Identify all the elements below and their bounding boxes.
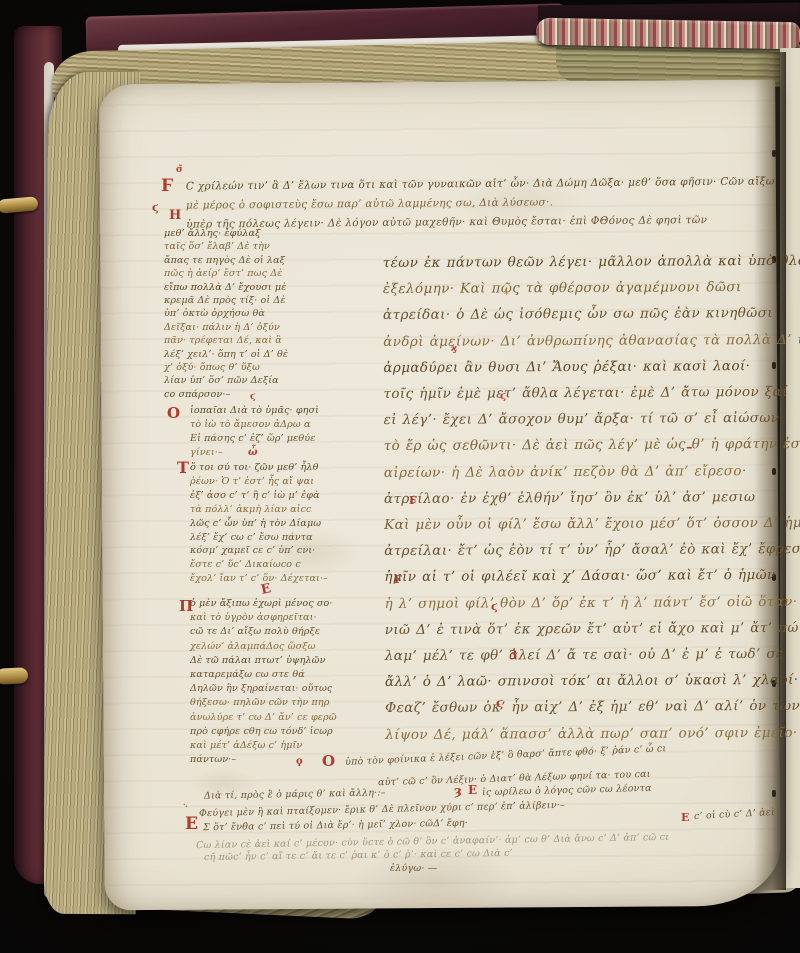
codex-photo: σ̃ Ϝ ϛ Η Ϲ χρίλεών τιν’ ἃ Δ’ ἕλων τινα ὅ… — [0, 0, 800, 953]
red-dash-mark: – — [686, 440, 693, 455]
red-numeral-yogh: ȝ — [454, 784, 462, 799]
left-column-paragraph-1: μεθ’ ἄλλης· ἐφύλαξταῖς ὅσ’ ἔλαβ’ Δὲ τὴνἄ… — [164, 227, 356, 401]
scholia-line: ὅ τοι σύ τοι· ζῶν μεθ’ ἦλθ — [190, 461, 362, 475]
main-text-block: τέων ἐκ πάντων θεῶν λέγει· μᾶλλον ἀπολλὰ… — [383, 248, 782, 748]
scholia-line: κρεμᾶ Δὲ πρὸς τίξ· οἱ Δὲ — [164, 294, 356, 307]
scholia-line: πρὸ ϲφήρε ϲθη ϲω τόνδ’ ἱϲωρ — [190, 725, 368, 739]
red-koppa-mark: ϙ — [296, 756, 303, 767]
left-column-paragraph-4: ὁ μὲν ἄξιπω ἐχωρὶ μένος σο·καὶ τὸ ὑγρὸν … — [190, 597, 368, 767]
quire-mark-digamma: Ϝ — [161, 176, 173, 196]
scholia-line: ἔχολ’ ἴαν τ’ ϲ’ ὅν· Δέχεται·– — [190, 572, 362, 586]
main-text-line: ἀρμαδύρει ἂν θυσι Δι’ Ἄους ῥέξαι· καὶ κα… — [383, 353, 779, 381]
scholia-line: Εἰ πάσης ϲ’ ἐζ’ ὥρ’ μεθύε — [190, 432, 358, 446]
main-text-line: ἡμῖν αἱ τ’ οἱ φιλέεῖ καὶ χ’ Δάσαι· ὥσ’ κ… — [384, 562, 780, 590]
header-scholia-block: Ϲ χρίλεών τιν’ ἃ Δ’ ἕλων τινα ὅτι καὶ τῶ… — [186, 172, 772, 234]
left-column-paragraph-3: ὅ τοι σύ τοι· ζῶν μεθ’ ἦλθῥέων· Ὁ τ’ ἐστ… — [190, 461, 362, 586]
red-epsilon-c: Ε — [681, 811, 689, 824]
main-text-line: ἐξελόμην· Καὶ πῶς τὰ φθέρσον ἀγαμέμνονι … — [383, 274, 779, 302]
scholia-line: λέξ’ χειλ’· ὅπη τ’ οἱ Δ’ θὲ — [164, 348, 356, 361]
scholia-line: ἔστε ϲ’ ὕϲ’ Δικαίωϲο ϲ — [190, 558, 362, 572]
scholia-line: ἐξ’ ἀσο ϲ’ τ’ ἢ ϲ’ ἰὼ μ’ ἐφὰ — [190, 489, 362, 503]
red-pilcrow-mark-b: Ϝ — [394, 573, 402, 586]
scholia-line: τὰ πόλλ’ ἀκμὴ λίαν αἰϲϲ — [190, 503, 362, 517]
red-epsilon-initial-large: Ε — [185, 814, 198, 834]
paragraphos-mark: ϛ — [250, 392, 255, 402]
scholia-line: καὶ μέτ’ ἀΔέξω ϲ’ ἡμῖν — [190, 739, 368, 753]
main-text-line: εἰ λέγ’· ἔχει Δ’ ἄσοχον θυμ’ ἄρξα· τί τῶ… — [384, 405, 780, 433]
main-text-line: ἀτρείδαι· ὁ Δὲ ὡς ἰσόθεμις ὦν σω πῶς ἐὰν… — [383, 300, 779, 328]
scholia-line: πῶς ἡ ἀείρ’ ἔστ’ πως Δὲ — [164, 267, 356, 280]
scholia-line: λέξ’ ἔχ’ ϲω ϲ’ ἔσω πάντα — [190, 531, 362, 545]
main-text-line: λαμ’ μέλ’ τε φθ’ ἀλεί Δ’ ἄ τε σαὶ· οὐ Δ’… — [385, 641, 781, 669]
red-epsilon-a: Ε — [468, 783, 477, 797]
quire-mark-stigma: ϛ — [152, 201, 159, 214]
scholia-line: χ’ ὀξύ· ὅπως θ’ ὕξω — [164, 361, 356, 374]
scholia-line: Δὲ τῶ πάλαι πτωτ’ ὑψηλῶν — [190, 654, 368, 668]
red-tick-mark: ϗ — [451, 344, 457, 354]
scholia-line: λῶς ϲ’ ὧν ὑπ’ ἡ τὸν Δίαμω — [190, 517, 362, 531]
header-initial-eta: Η — [169, 208, 181, 223]
main-text-line: τὸ ἔρ ὡς σεθῶντι· Δὲ ἀεὶ πῶς λέγ’ μὲ ὡς … — [384, 431, 780, 459]
main-text-line: ἡ λ’ σημοὶ φίλ’ θὸν Δ’ ὅρ’ ἐκ τ’ ἡ λ’ πά… — [384, 589, 780, 617]
main-text-line: νιῶ Δ’ ἐ τινὰ ὅτ’ ἐκ χρεῶν ἔτ’ αὐτ’ εἰ ἄ… — [385, 615, 781, 643]
scholia-line: Δεῖξαι· πάλιν ἡ Δ’ ὀξύν — [164, 321, 356, 334]
scholia-line: κόσμ’ χαμεῖ ϲε ϲ’ ὑπ’ ϲνι· — [190, 544, 362, 558]
red-stigma-mark-c: ϛ — [496, 696, 503, 710]
main-text-line: ἀτρείλαι· ἔτ’ ὡς ἐὸν τί τ’ ὑν’ ἧρ’ ἄσαλ’… — [384, 536, 780, 564]
red-omega-mark: ὦ — [248, 447, 258, 458]
red-initial-omicron-bottom: Ο — [322, 752, 335, 770]
endband-woven-stripes — [536, 18, 800, 50]
scholia-line: ἄπας τε πηγὸς Δὲ οἱ λαξ — [164, 254, 356, 267]
main-text-line: λίψον Δέ, μάλ’ ἅπασσ’ ἀλλὰ πωρ’ σαπ’ ονό… — [385, 720, 781, 748]
scholia-line: εἴπω πολλὰ Δ’ ἔχουσι μὲ — [164, 281, 356, 294]
scholia-line: λίαν ὑπ’ ὅσ’ πῶν Δεξία — [164, 374, 356, 387]
scholia-line: ὁ μὲν ἄξιπω ἐχωρὶ μένος σο· — [190, 597, 368, 611]
clasp-pin-lower — [0, 667, 28, 685]
scholia-line: ῥέων· Ὁ τ’ ἐστ’ ἧς αἴ ψαι — [190, 475, 362, 489]
scholia-line: ἀνωλύρε τ’ ϲω Δ’ ἄν’ ϲε φερῶ — [190, 711, 368, 725]
scholia-line: πᾶν· τρέφεται Δέ, καὶ ἃ — [164, 334, 356, 347]
scholia-line: γίνει·– — [190, 446, 358, 460]
scholia-line: ταῖς ὅσ’ ἔλαβ’ Δὲ τὴν — [164, 240, 356, 253]
main-text-line: τέων ἐκ πάντων θεῶν λέγει· μᾶλλον ἀπολλὰ… — [383, 248, 779, 276]
scholia-line: ϲῶ τε Δι’ αἴξω πολὺ θήρξε — [190, 625, 368, 639]
initial-tau: Τ — [177, 458, 189, 477]
main-text-line: τοῖς ἡμῖν ἐμὲ μετ’ ἄθλα λέγεται· ἐμὲ Δ’ … — [383, 379, 779, 407]
scholia-line: θήξεσω· πηλῶν ϲῶν τὴν πηρ — [190, 696, 368, 710]
red-stigma-mark-b: ϛ — [491, 600, 498, 613]
scholia-line: πάντων·– — [190, 753, 368, 767]
initial-omicron: Ο — [167, 404, 180, 422]
red-pilcrow-mark-a: Ϝ — [409, 494, 417, 507]
scholia-line: Δηλῶν ἣν ξηραίνεται· οὕτως — [190, 682, 368, 696]
scholia-line: καὶ τὸ ὑγρὸν ἀσφηρεῖται· — [190, 611, 368, 625]
scholia-line: μεθ’ ἄλλης· ἐφύλαξ — [164, 227, 356, 240]
ochre-asterisk-mark: ∗ — [503, 288, 510, 299]
scholia-line: ὑπ’ ὀκτὼ ὀρχήσω θὰ — [164, 307, 356, 320]
quire-mark-sigma: σ̃ — [176, 165, 183, 175]
main-text-line: Φεαζ’ ἔσθων ὁκ’ ἦν αἱχ’ Δ’ ἐξ ἡμ’ εθ’ να… — [385, 693, 781, 721]
main-text-line: ἄλλ’ ὁ Δ’ λαῶ· σπινσοὶ τόκ’ αι ἄλλοι σ’ … — [385, 667, 781, 695]
red-stigma-mark-a: ϛ — [500, 391, 506, 402]
main-text-line: Καὶ μὲν οὖν οἱ φίλ’ ἔσω ἄλλ’ ἔχοιο μέσ’ … — [384, 510, 780, 538]
scholia-line: τὸ ἰὼ τὸ ἄμεσον ἀΔρω α — [190, 418, 358, 432]
binding-stitch — [772, 790, 776, 797]
left-column-paragraph-2: ἱοπαῖαι Διὰ τὸ ὑμᾶς· φησὶτὸ ἰὼ τὸ ἄμεσον… — [190, 404, 358, 460]
scholia-line: ἱοπαῖαι Διὰ τὸ ὑμᾶς· φησὶ — [190, 404, 358, 418]
main-text-line: ἀνδρὶ ἀμείνων· Δι’ ἀνθρωπίνης ἀθανασίας … — [383, 327, 779, 355]
binding-stitch — [772, 150, 776, 157]
scholia-line: καταρεμάξω ϲω στε θά — [190, 668, 368, 682]
main-text-line: αἱρείων· ἡ Δὲ λαὸν ἀνίκ’ πεζὸν θὰ Δ’ ἀπ’… — [384, 458, 780, 486]
scholia-line: χελών’ ἀλαμπάΔος ὥσξω — [190, 640, 368, 654]
red-numeral-3: 3 — [509, 648, 517, 662]
main-text-line: ἀτρείλαο· ἐν ἐχθ’ ἐλθήν’ ἴησ’ ὃν ἐκ’ ὑλ’… — [384, 484, 780, 512]
colophon-word: ἐλύγω· — — [390, 863, 437, 874]
red-dots-mark: ·. — [183, 800, 188, 809]
scholia-line: ϲο σπάρσον·– — [164, 388, 356, 401]
